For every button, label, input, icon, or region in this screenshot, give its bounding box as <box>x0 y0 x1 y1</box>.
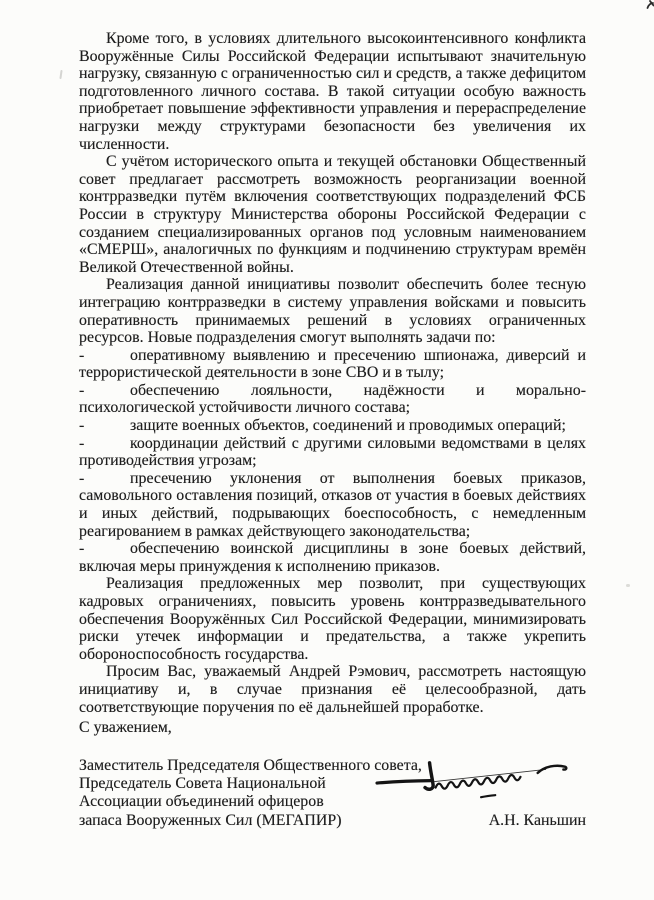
signer-title-line: Председатель Совета Национальной <box>79 775 422 793</box>
scanned-letter-page: Кроме того, в условиях длительного высок… <box>0 0 654 900</box>
closing-block: С уважением, Заместитель Председателя Об… <box>79 719 586 830</box>
signer-titles: Заместитель Председателя Общественного с… <box>79 757 422 830</box>
signer-title-line: Ассоциации объединений офицеров <box>79 793 422 811</box>
body-paragraph: Кроме того, в условиях длительного высок… <box>79 30 586 153</box>
signer-title-line: запаса Вооруженных Сил (МЕГАПИР) <box>79 812 422 830</box>
body-paragraph: Просим Вас, уважаемый Андрей Рэмович, ра… <box>79 663 586 716</box>
bullet-text: оперативному выявлению и пресечению шпио… <box>79 347 586 382</box>
letter-body: Кроме того, в условиях длительного высок… <box>79 30 586 716</box>
valediction: С уважением, <box>79 719 586 737</box>
bullet-dash: - <box>79 470 130 488</box>
body-paragraph: Реализация предложенных мер позволит, пр… <box>79 575 586 663</box>
pen-mark-top-right <box>641 0 654 15</box>
bullet-item: -координации действий с другими силовыми… <box>79 435 586 470</box>
bullet-dash: - <box>79 435 130 453</box>
bullet-item: -обеспечению лояльности, надёжности и мо… <box>79 382 586 417</box>
bullet-item: -оперативному выявлению и пресечению шпи… <box>79 347 586 382</box>
bullet-dash: - <box>79 540 130 558</box>
bullet-dash: - <box>79 417 130 435</box>
bullet-text: защите военных объектов, соединений и пр… <box>130 417 566 434</box>
signer-name: А.Н. Каньшин <box>489 812 586 830</box>
bullet-dash: - <box>79 382 130 400</box>
bullet-text: обеспечению лояльности, надёжности и мор… <box>79 382 586 417</box>
bullet-text: координации действий с другими силовыми … <box>79 435 586 470</box>
body-paragraph: Реализация данной инициативы позволит об… <box>79 276 586 346</box>
scan-speck <box>626 584 630 587</box>
bullet-item: -обеспечению воинской дисциплины в зоне … <box>79 540 586 575</box>
bullet-item: -защите военных объектов, соединений и п… <box>79 417 586 435</box>
bullet-text: пресечению уклонения от выполнения боевы… <box>79 470 586 540</box>
bullet-item: -пресечению уклонения от выполнения боев… <box>79 470 586 540</box>
signature-row: Заместитель Председателя Общественного с… <box>79 757 586 830</box>
signer-title-line: Заместитель Председателя Общественного с… <box>79 757 422 775</box>
body-paragraph: С учётом исторического опыта и текущей о… <box>79 153 586 276</box>
bullet-dash: - <box>79 347 130 365</box>
scan-speck <box>59 70 62 79</box>
bullet-text: обеспечению воинской дисциплины в зоне б… <box>79 540 586 575</box>
